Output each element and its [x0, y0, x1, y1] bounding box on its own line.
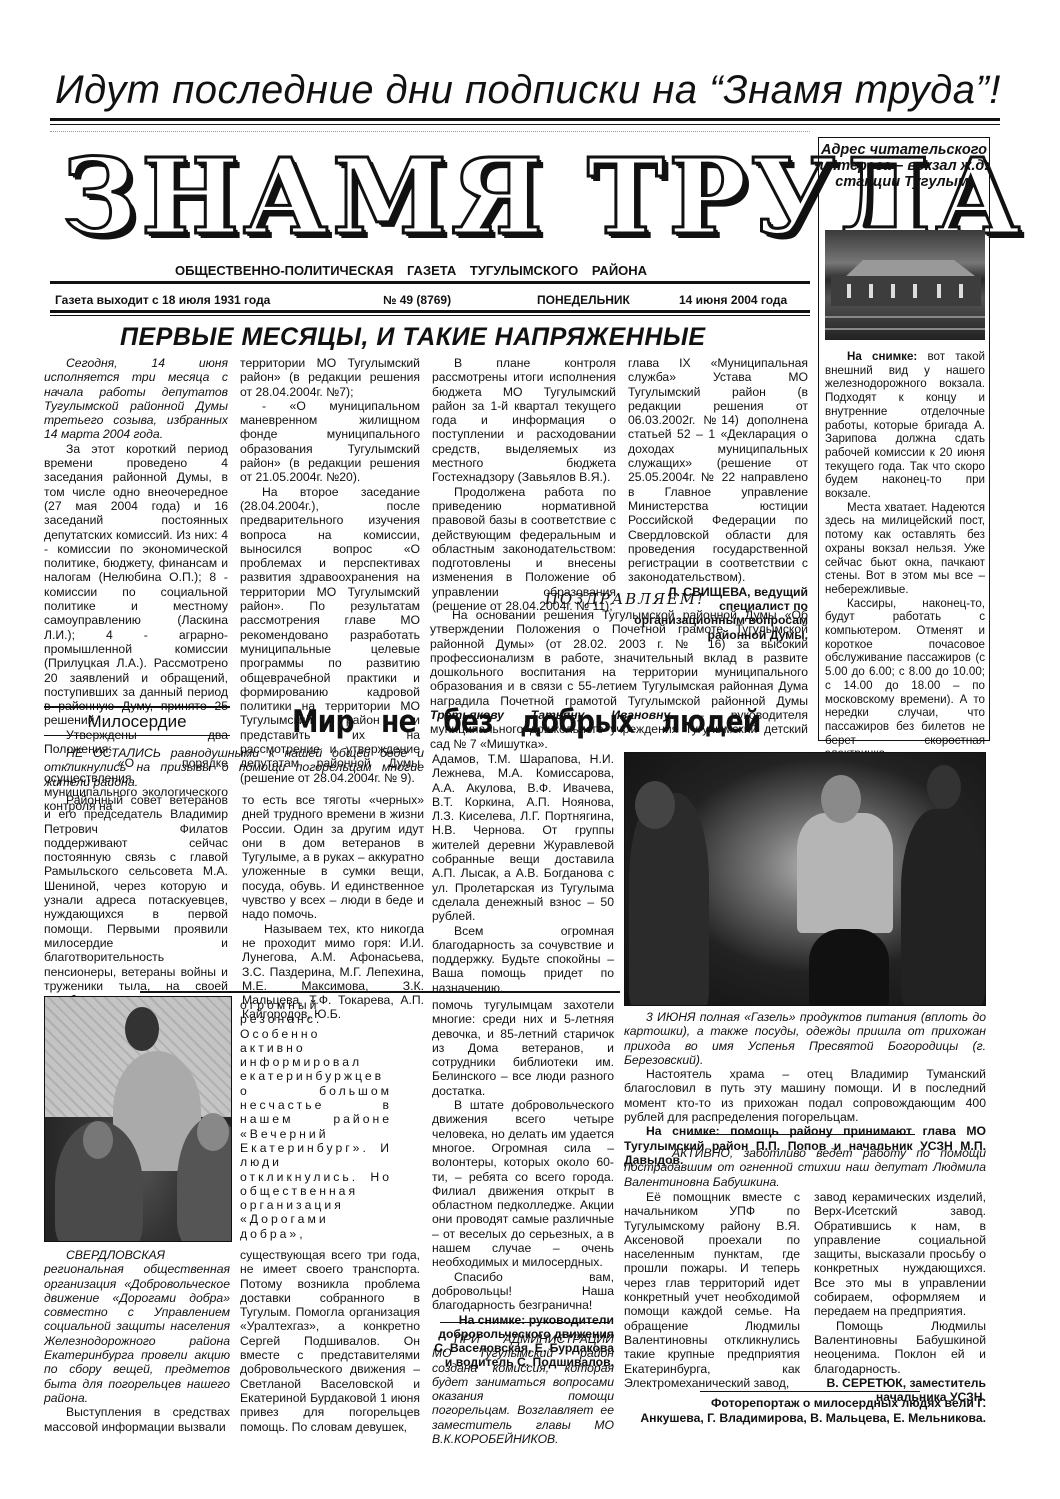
founded-date: Газета выходит с 18 июля 1931 года: [55, 293, 270, 307]
article-column: В плане контроля рассмотрены итоги испол…: [432, 356, 616, 613]
weekday: ПОНЕДЕЛЬНИК: [537, 293, 630, 307]
article-column: огромный резонанс. Особенно активно инфо…: [240, 998, 392, 1241]
article-lead: НЕ ОСТАЛИСЬ равнодушными к нашей общей б…: [44, 746, 424, 789]
aid-van-photo: [624, 752, 986, 1006]
masthead-divider: [50, 281, 810, 284]
article-lead: Сегодня, 14 июня исполняется три месяца …: [44, 356, 228, 442]
sidebar-text: На снимке: вот такой внешний вид у нашег…: [825, 350, 985, 761]
sidebar-title: Адрес читательского интереса – вокзал ж.…: [819, 142, 989, 190]
issue-date: 14 июня 2004 года: [679, 293, 787, 307]
train-station-photo: [825, 230, 985, 340]
paragraph: В плане контроля рассмотрены итоги испол…: [432, 356, 616, 485]
paragraph: Районный совет ветеранов и его председат…: [44, 793, 228, 1022]
article-column: Районный совет ветеранов и его председат…: [44, 793, 228, 1022]
volunteers-photo: [44, 996, 232, 1242]
article-column: то есть все тяготы «черных» дней трудног…: [242, 793, 424, 1022]
section-divider: [44, 735, 230, 736]
article-column: Её помощник вместе с начальником УПФ по …: [624, 1190, 800, 1390]
paragraph: - «О муниципальном маневренном жилищном …: [240, 399, 420, 485]
article-lead: СВЕРДЛОВСКАЯ региональная общественная о…: [44, 1248, 230, 1405]
divider: [700, 1391, 920, 1392]
photo-caption: 3 ИЮНЯ полная «Газель» продуктов питания…: [624, 1010, 986, 1167]
subscription-banner: Идут последние дни подписки на “Знамя тр…: [55, 68, 1001, 113]
article-column: Адамов, Т.М. Шарапова, Н.И. Лежнева, М.А…: [432, 752, 614, 995]
masthead: ЗНАМЯ ТРУДА: [62, 132, 802, 262]
paragraph: Адамов, Т.М. Шарапова, Н.И. Лежнева, М.А…: [432, 752, 614, 924]
banner-divider: [50, 118, 1000, 125]
paragraph: то есть все тяготы «черных» дней трудног…: [242, 793, 424, 922]
section-divider: [44, 706, 230, 708]
paragraph: Всем огромная благодарность за сочувстви…: [432, 924, 614, 995]
congrats-title: ПОЗДРАВЛЯЕМ!: [430, 590, 820, 608]
paragraph: глава IX «Муниципальная служба» Устава М…: [628, 356, 808, 585]
paragraph: За этот короткий период времени проведен…: [44, 442, 228, 728]
sidebar-paragraph: Кассиры, наконец-то, будут работать с ко…: [825, 597, 985, 761]
sidebar-paragraph: Места хватает. Надеются здесь на милицей…: [825, 501, 985, 597]
divider: [440, 1322, 608, 1323]
article-lead: АКТИВНО, заботливо ведет работу по помощ…: [624, 1146, 986, 1189]
article-column: Сегодня, 14 июня исполняется три месяца …: [44, 356, 228, 814]
divider: [140, 991, 620, 993]
newspaper-subtitle: ОБЩЕСТВЕННО-ПОЛИТИЧЕСКАЯ ГАЗЕТА ТУГУЛЫМС…: [175, 263, 647, 278]
masthead-divider-bottom: [50, 310, 810, 316]
section-label: Милосердие: [44, 712, 230, 732]
admin-note: ПРИ АДМИНИСТРАЦИИ МО Тугулымский район с…: [432, 1332, 614, 1446]
article-column: существующая всего три года, не имеет св…: [240, 1248, 420, 1434]
divider: [690, 1134, 915, 1135]
article-column: завод керамических изделий, Верх-Исетски…: [814, 1190, 986, 1404]
paragraph: территории МО Тугулымский район» (в реда…: [240, 356, 420, 399]
article-headline: ПЕРВЫЕ МЕСЯЦЫ, И ТАКИЕ НАПРЯЖЕННЫЕ: [120, 323, 706, 352]
article-column: СВЕРДЛОВСКАЯ региональная общественная о…: [44, 1248, 230, 1434]
sidebar-paragraph: На снимке: вот такой внешний вид у нашег…: [825, 350, 985, 501]
sidebar-box: Адрес читательского интереса – вокзал ж.…: [818, 137, 990, 741]
photo-credit: Фоторепортаж о милосердных людях вели Г.…: [624, 1396, 986, 1426]
article-column: помочь тугулымцам захотели многие: среди…: [432, 998, 614, 1370]
article-headline: Мир не без добрых людей: [292, 704, 761, 740]
issue-number: № 49 (8769): [383, 293, 451, 307]
newspaper-title: ЗНАМЯ ТРУДА: [62, 132, 802, 262]
